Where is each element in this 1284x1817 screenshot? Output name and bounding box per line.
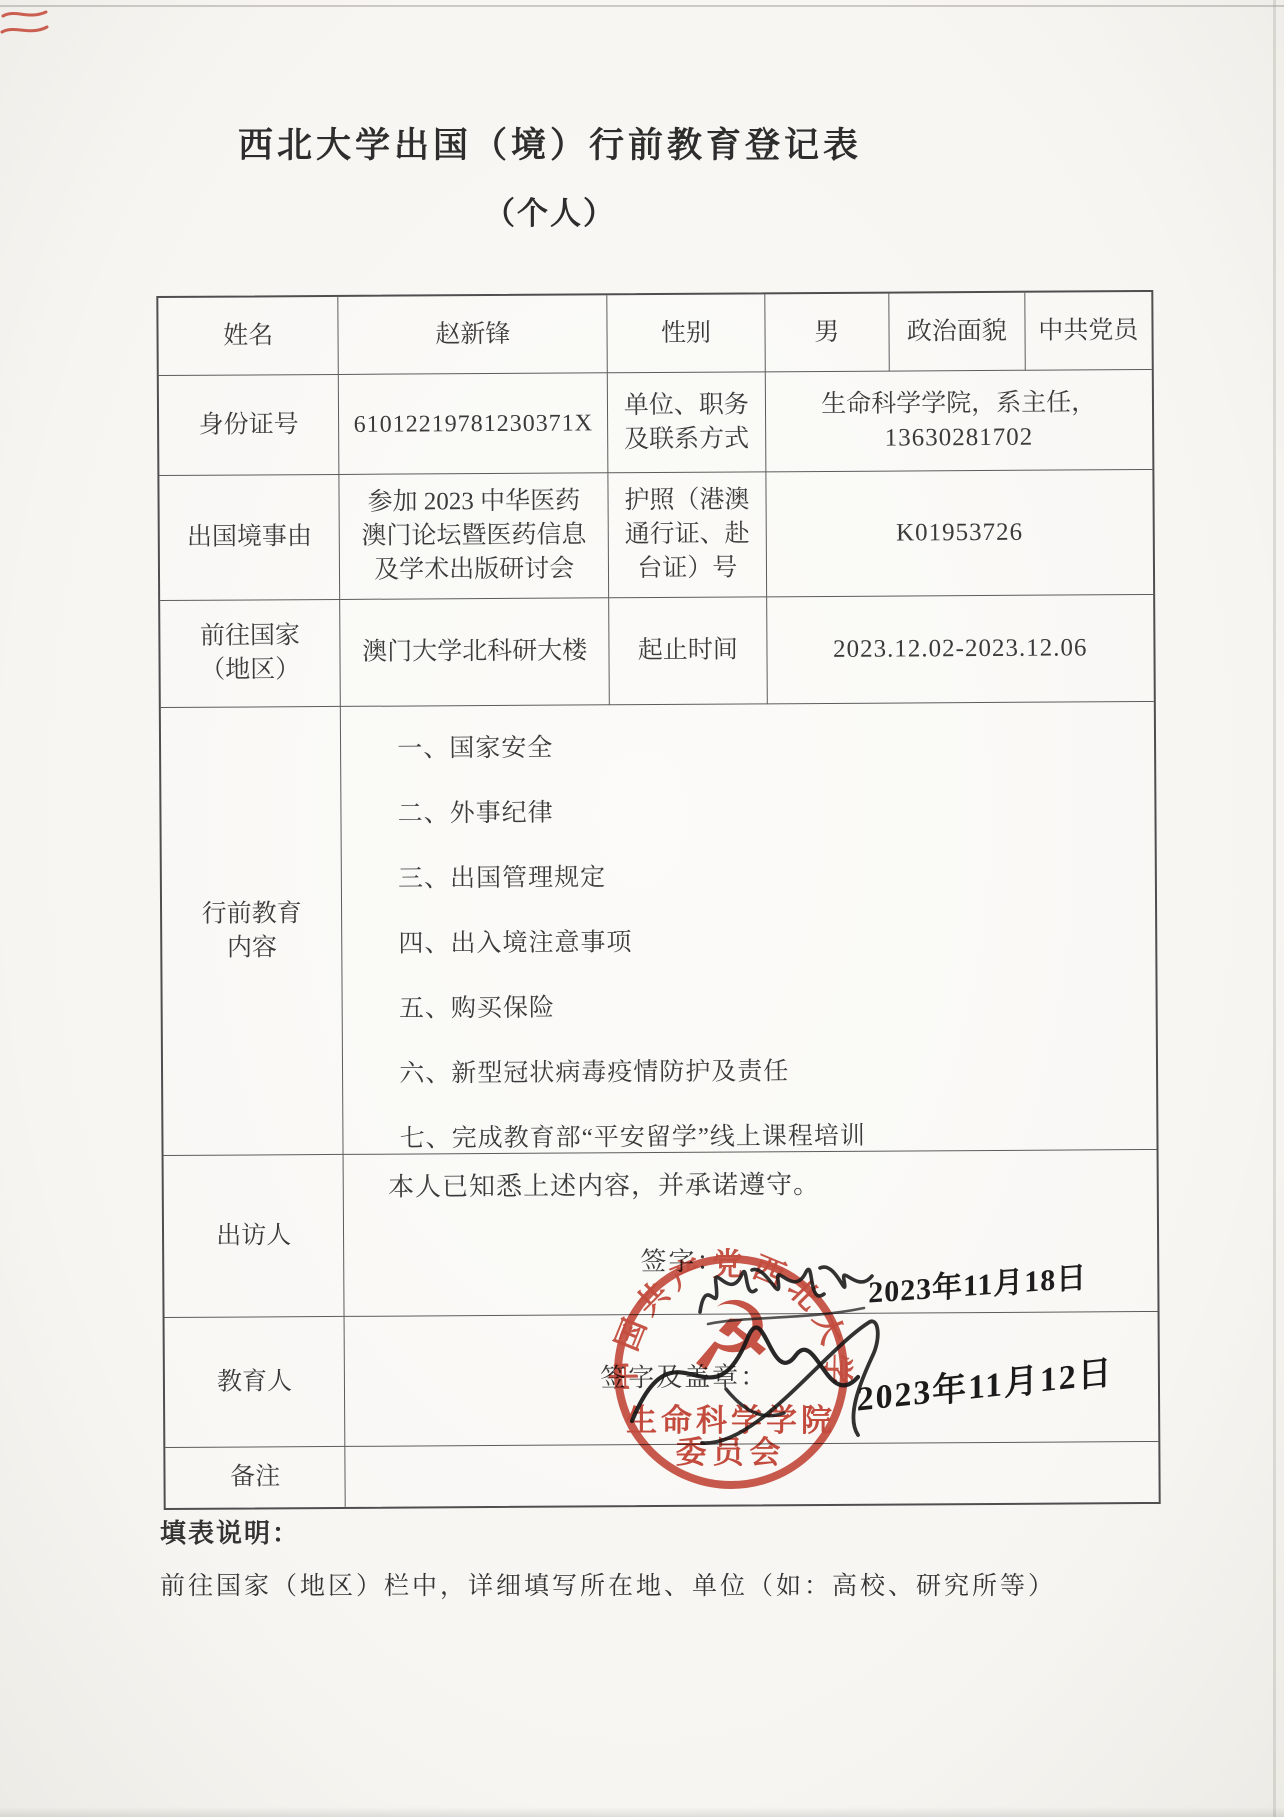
unit-label-line2: 及联系方式 bbox=[624, 422, 749, 457]
reason-line2: 澳门论坛暨医药信息 bbox=[361, 518, 586, 553]
education-item-5: 五、购买保险 bbox=[399, 990, 555, 1029]
education-item-6: 六、新型冠状病毒疫情防护及责任 bbox=[399, 1053, 789, 1093]
educator-label-cell: 教育人 bbox=[165, 1317, 346, 1448]
corner-scan-mark bbox=[0, 6, 52, 54]
name-value-cell: 赵新锋 bbox=[339, 295, 608, 375]
notes-heading: 填表说明： bbox=[160, 1513, 300, 1550]
name-label-cell: 姓名 bbox=[158, 297, 339, 376]
passport-label-line2: 通行证、赴 bbox=[625, 517, 750, 552]
table-row-destination: 前往国家 （地区） 澳门大学北科研大楼 起止时间 2023.12.02-2023… bbox=[160, 595, 1154, 708]
id-value-cell: 61012219781230371X bbox=[339, 373, 609, 475]
table-row-education: 行前教育 内容 一、国家安全 二、外事纪律 三、出国管理规定 四、出入境注意事项… bbox=[161, 702, 1157, 1156]
table-row-id: 身份证号 61012219781230371X 单位、职务 及联系方式 生命科学… bbox=[159, 370, 1153, 476]
destination-value-cell: 澳门大学北科研大楼 bbox=[340, 598, 610, 707]
education-item-4: 四、出入境注意事项 bbox=[398, 924, 632, 963]
education-item-3: 三、出国管理规定 bbox=[398, 859, 606, 898]
passport-label-line1: 护照（港澳 bbox=[624, 483, 749, 518]
passport-label-line3: 台证）号 bbox=[637, 552, 737, 587]
political-label-cell: 政治面貌 bbox=[889, 293, 1025, 372]
form-title: 西北大学出国（境）行前教育登记表 bbox=[0, 118, 1100, 168]
unit-value-cell: 生命科学学院，系主任， 13630281702 bbox=[765, 370, 1152, 472]
table-row-reason: 出国境事由 参加 2023 中华医药 澳门论坛暨医药信息 及学术出版研讨会 护照… bbox=[159, 470, 1153, 601]
scan-edge-artifact bbox=[0, 1807, 1284, 1817]
education-label-line2: 内容 bbox=[227, 931, 277, 965]
education-label-line1: 行前教育 bbox=[202, 897, 302, 932]
education-item-2: 二、外事纪律 bbox=[398, 795, 554, 834]
reason-label-cell: 出国境事由 bbox=[159, 475, 340, 601]
gender-value-cell: 男 bbox=[765, 294, 890, 373]
education-label-cell: 行前教育 内容 bbox=[161, 707, 344, 1156]
table-row-name: 姓名 赵新锋 性别 男 政治面貌 中共党员 bbox=[158, 292, 1151, 376]
visitor-label-cell: 出访人 bbox=[164, 1155, 345, 1318]
notes-line: 前往国家（地区）栏中，详细填写所在地、单位（如：高校、研究所等） bbox=[160, 1566, 1056, 1602]
unit-label-line1: 单位、职务 bbox=[624, 388, 749, 423]
education-item-1: 一、国家安全 bbox=[397, 730, 553, 769]
passport-label-cell: 护照（港澳 通行证、赴 台证）号 bbox=[609, 472, 767, 598]
visitor-statement: 本人已知悉上述内容，并承诺遵守。 bbox=[344, 1150, 1157, 1205]
remarks-label-cell: 备注 bbox=[165, 1447, 346, 1508]
unit-label-cell: 单位、职务 及联系方式 bbox=[608, 372, 766, 473]
unit-value-line1: 生命科学学院，系主任， bbox=[821, 386, 1096, 422]
scan-edge-artifact bbox=[1273, 0, 1276, 1817]
reason-value-cell: 参加 2023 中华医药 澳门论坛暨医药信息 及学术出版研讨会 bbox=[340, 473, 610, 600]
scan-edge-artifact bbox=[0, 5, 1284, 7]
education-items-cell: 一、国家安全 二、外事纪律 三、出国管理规定 四、出入境注意事项 五、购买保险 … bbox=[341, 702, 1156, 1155]
reason-line1: 参加 2023 中华医药 bbox=[367, 484, 580, 519]
form-subtitle: （个人） bbox=[0, 188, 1100, 233]
destination-label-line1: 前往国家 bbox=[200, 619, 300, 654]
scanned-form-page: 西北大学出国（境）行前教育登记表 （个人） 姓名 赵新锋 性别 男 政治面貌 中… bbox=[0, 0, 1284, 1817]
id-label-cell: 身份证号 bbox=[159, 375, 340, 476]
gender-label-cell: 性别 bbox=[608, 294, 766, 373]
unit-value-line2: 13630281702 bbox=[885, 420, 1034, 455]
reason-line3: 及学术出版研讨会 bbox=[374, 553, 574, 588]
destination-label-cell: 前往国家 （地区） bbox=[160, 600, 341, 708]
political-value-cell: 中共党员 bbox=[1025, 292, 1152, 371]
passport-value-cell: K01953726 bbox=[766, 470, 1153, 597]
destination-label-line2: （地区） bbox=[200, 653, 300, 688]
time-value-cell: 2023.12.02-2023.12.06 bbox=[767, 595, 1154, 704]
time-label-cell: 起止时间 bbox=[609, 597, 767, 705]
